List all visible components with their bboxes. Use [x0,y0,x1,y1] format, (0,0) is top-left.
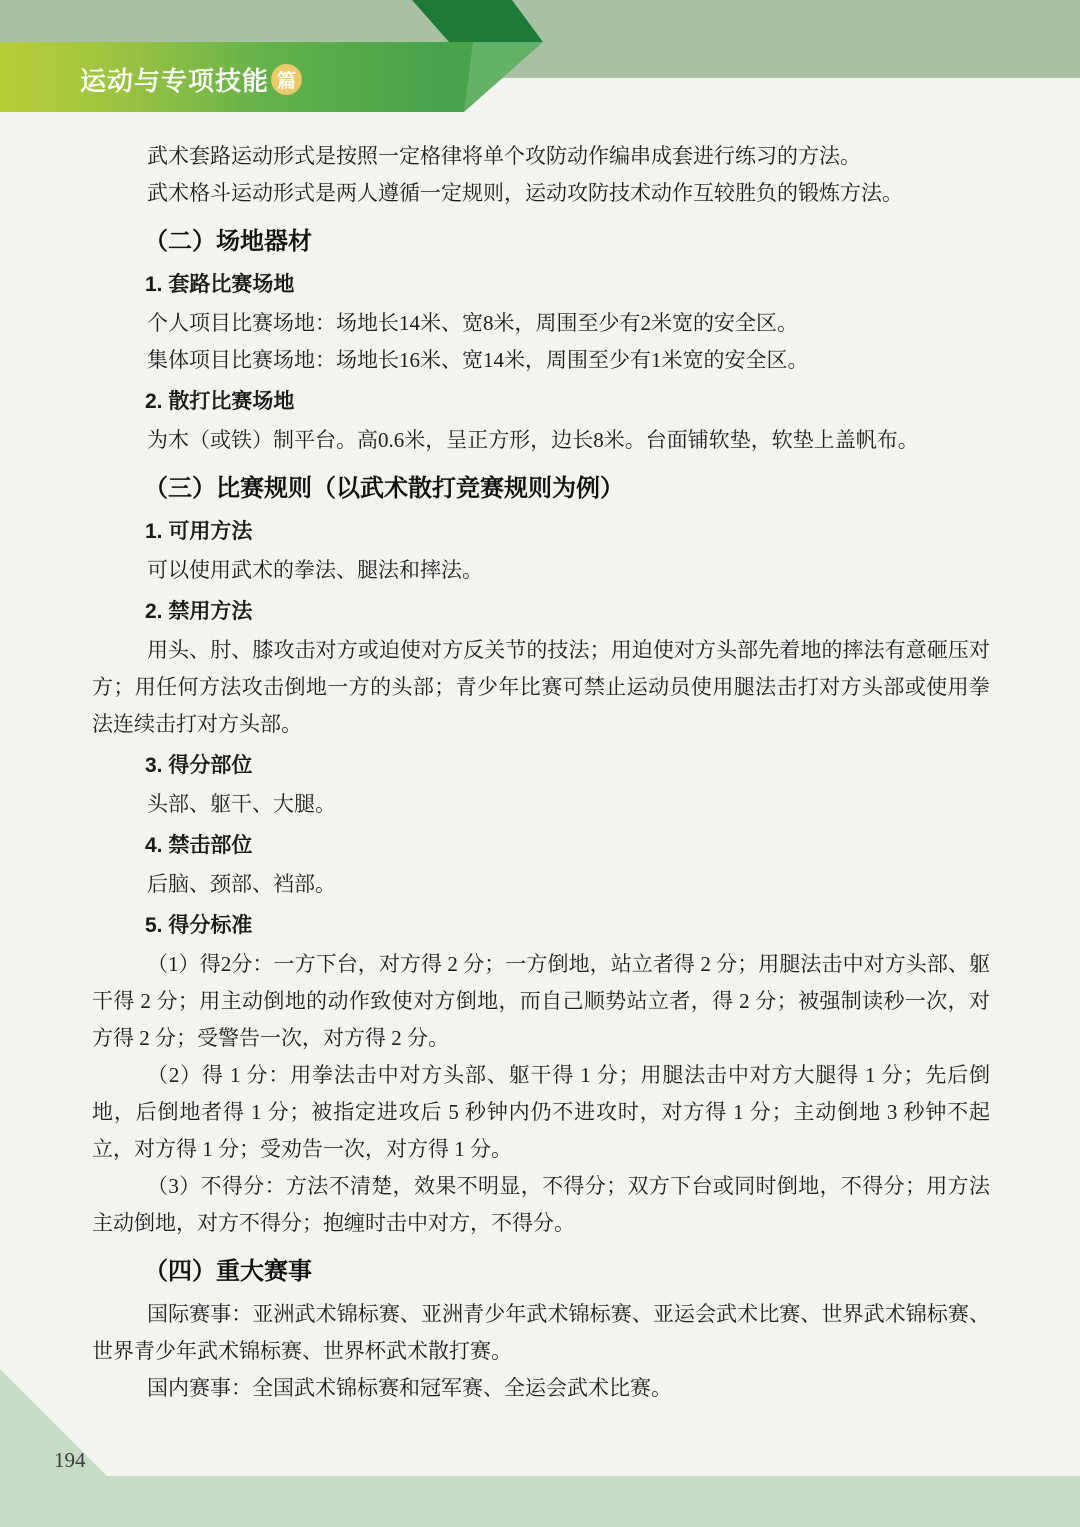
subheading-taolu-field: 1. 套路比赛场地 [145,266,990,303]
textbook-page: 运动与专项技能 篇 武术套路运动形式是按照一定格律将单个攻防动作编串成套进行练习… [0,0,1080,1527]
paragraph-no-points: （3）不得分：方法不清楚，效果不明显，不得分；双方下台或同时倒地，不得分；用方法… [92,1168,990,1242]
paragraph-international-events: 国际赛事：亚洲武术锦标赛、亚洲青少年武术锦标赛、亚运会武术比赛、世界武术锦标赛、… [92,1296,990,1370]
paragraph-two-points: （1）得2分：一方下台，对方得 2 分；一方倒地，站立者得 2 分；用腿法击中对… [92,946,990,1057]
section-heading-rules: （三）比赛规则（以武术散打竞赛规则为例） [144,469,990,509]
paragraph-banned-methods: 用头、肘、膝攻击对方或迫使对方反关节的技法；用迫使对方头部先着地的摔法有意砸压对… [92,632,990,743]
footer-sage-band [0,1476,1080,1527]
subheading-scoring-standard: 5. 得分标准 [145,907,990,944]
paragraph-banned-areas: 后脑、颈部、裆部。 [92,866,990,903]
subheading-banned-methods: 2. 禁用方法 [145,593,990,630]
subheading-scoring-areas: 3. 得分部位 [145,747,990,784]
banner-title-text: 运动与专项技能 [80,61,269,98]
subheading-sanda-field: 2. 散打比赛场地 [145,383,990,420]
banner-title: 运动与专项技能 篇 [80,63,302,95]
paragraph-allowed-methods: 可以使用武术的拳法、腿法和摔法。 [92,552,990,589]
paragraph-group-field: 集体项目比赛场地：场地长16米、宽14米，周围至少有1米宽的安全区。 [92,342,990,379]
intro-paragraph: 武术格斗运动形式是两人遵循一定规则，运动攻防技术动作互较胜负的锻炼方法。 [92,175,990,212]
page-number: 194 [54,1448,86,1473]
page-content: 武术套路运动形式是按照一定格律将单个攻防动作编串成套进行练习的方法。 武术格斗运… [92,138,990,1407]
paragraph-individual-field: 个人项目比赛场地：场地长14米、宽8米，周围至少有2米宽的安全区。 [92,305,990,342]
paragraph-platform: 为木（或铁）制平台。高0.6米，呈正方形，边长8米。台面铺软垫，软垫上盖帆布。 [92,422,990,459]
paragraph-scoring-areas: 头部、躯干、大腿。 [92,786,990,823]
section-heading-venue: （二）场地器材 [144,222,990,262]
section-heading-major-events: （四）重大赛事 [144,1252,990,1292]
paragraph-domestic-events: 国内赛事：全国武术锦标赛和冠军赛、全运会武术比赛。 [92,1370,990,1407]
paragraph-one-point: （2）得 1 分：用拳法击中对方头部、躯干得 1 分；用腿法击中对方大腿得 1 … [92,1057,990,1168]
subheading-allowed-methods: 1. 可用方法 [145,513,990,550]
subheading-banned-areas: 4. 禁击部位 [145,827,990,864]
intro-paragraph: 武术套路运动形式是按照一定格律将单个攻防动作编串成套进行练习的方法。 [92,138,990,175]
chapter-badge-icon: 篇 [271,64,302,95]
